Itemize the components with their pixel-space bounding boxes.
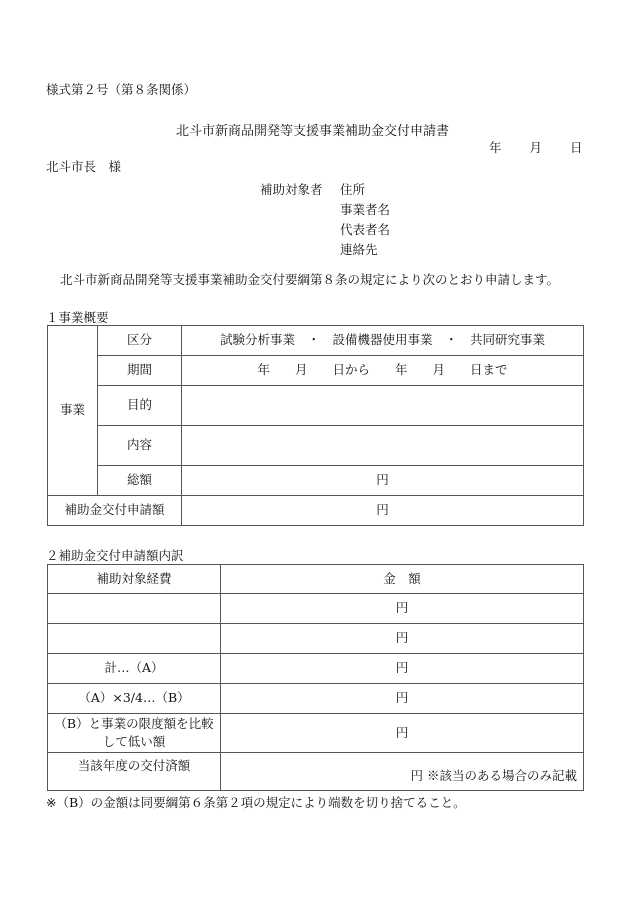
row-label: 目的: [98, 386, 182, 426]
table-row: 内容: [48, 426, 584, 466]
row-label: 区分: [98, 326, 182, 356]
row-label: （B）と事業の限度額を比較して低い額: [48, 714, 221, 753]
total-amount-field[interactable]: 円: [182, 466, 584, 496]
row-label: 補助金交付申請額: [48, 496, 182, 526]
date-day: 日: [570, 140, 583, 155]
table-row: 補助金交付申請額 円: [48, 496, 584, 526]
applicant-representative-field: 代表者名: [340, 220, 390, 238]
subsidy-amount-field[interactable]: 円: [182, 496, 584, 526]
expense-item-field[interactable]: [48, 594, 221, 624]
amount-field[interactable]: 円: [221, 594, 584, 624]
date-year: 年: [489, 140, 502, 155]
content-field[interactable]: [182, 426, 584, 466]
category-options[interactable]: 試験分析事業 ・ 設備機器使用事業 ・ 共同研究事業: [182, 326, 584, 356]
table-row: 当該年度の交付済額 円 ※該当のある場合のみ記載: [48, 753, 584, 791]
row-label: 内容: [98, 426, 182, 466]
row-label: 総額: [98, 466, 182, 496]
footnote: ※（B）の金額は同要綱第６条第２項の規定により端数を切り捨てること。: [46, 793, 466, 811]
date-month: 月: [530, 140, 543, 155]
document-title: 北斗市新商品開発等支援事業補助金交付申請書: [176, 120, 449, 139]
amount-field[interactable]: 円: [221, 684, 584, 714]
table-row: 目的: [48, 386, 584, 426]
subsidy-breakdown-table: 補助対象経費 金 額 円 円 計…（A） 円 （A）×3/4…（B） 円 （B）…: [47, 564, 584, 791]
form-number: 様式第２号（第８条関係）: [46, 80, 196, 98]
table-row: 事業 区分 試験分析事業 ・ 設備機器使用事業 ・ 共同研究事業: [48, 326, 584, 356]
table-row: 計…（A） 円: [48, 654, 584, 684]
applicant-label: 補助対象者: [260, 180, 323, 198]
table-row: 円: [48, 594, 584, 624]
period-field[interactable]: 年 月 日から 年 月 日まで: [182, 356, 584, 386]
amount-field[interactable]: 円: [221, 624, 584, 654]
row-label: 計…（A）: [48, 654, 221, 684]
applicant-address-field: 住所: [340, 180, 365, 198]
row-label: 当該年度の交付済額: [48, 753, 221, 791]
expense-item-field[interactable]: [48, 624, 221, 654]
table-row: （A）×3/4…（B） 円: [48, 684, 584, 714]
table-row: 期間 年 月 日から 年 月 日まで: [48, 356, 584, 386]
purpose-field[interactable]: [182, 386, 584, 426]
business-overview-table: 事業 区分 試験分析事業 ・ 設備機器使用事業 ・ 共同研究事業 期間 年 月 …: [47, 325, 584, 526]
table-row: （B）と事業の限度額を比較して低い額 円: [48, 714, 584, 753]
row-label: （A）×3/4…（B）: [48, 684, 221, 714]
column-header: 金 額: [221, 565, 584, 594]
table-row: 総額 円: [48, 466, 584, 496]
column-header: 補助対象経費: [48, 565, 221, 594]
applicant-contact-field: 連絡先: [340, 240, 378, 258]
intro-text: 北斗市新商品開発等支援事業補助金交付要綱第８条の規定により次のとおり申請します。: [60, 270, 559, 288]
applicant-business-name-field: 事業者名: [340, 200, 390, 218]
addressee: 北斗市長 様: [46, 157, 121, 175]
amount-field[interactable]: 円 ※該当のある場合のみ記載: [221, 753, 584, 791]
date-line: 年月日: [489, 138, 583, 156]
table-header-row: 補助対象経費 金 額: [48, 565, 584, 594]
amount-field[interactable]: 円: [221, 654, 584, 684]
section2-heading: ２補助金交付申請額内訳: [46, 546, 184, 564]
table-row: 円: [48, 624, 584, 654]
row-label: 期間: [98, 356, 182, 386]
amount-field[interactable]: 円: [221, 714, 584, 753]
section1-heading: １事業概要: [46, 308, 109, 326]
group-label-business: 事業: [48, 326, 98, 496]
